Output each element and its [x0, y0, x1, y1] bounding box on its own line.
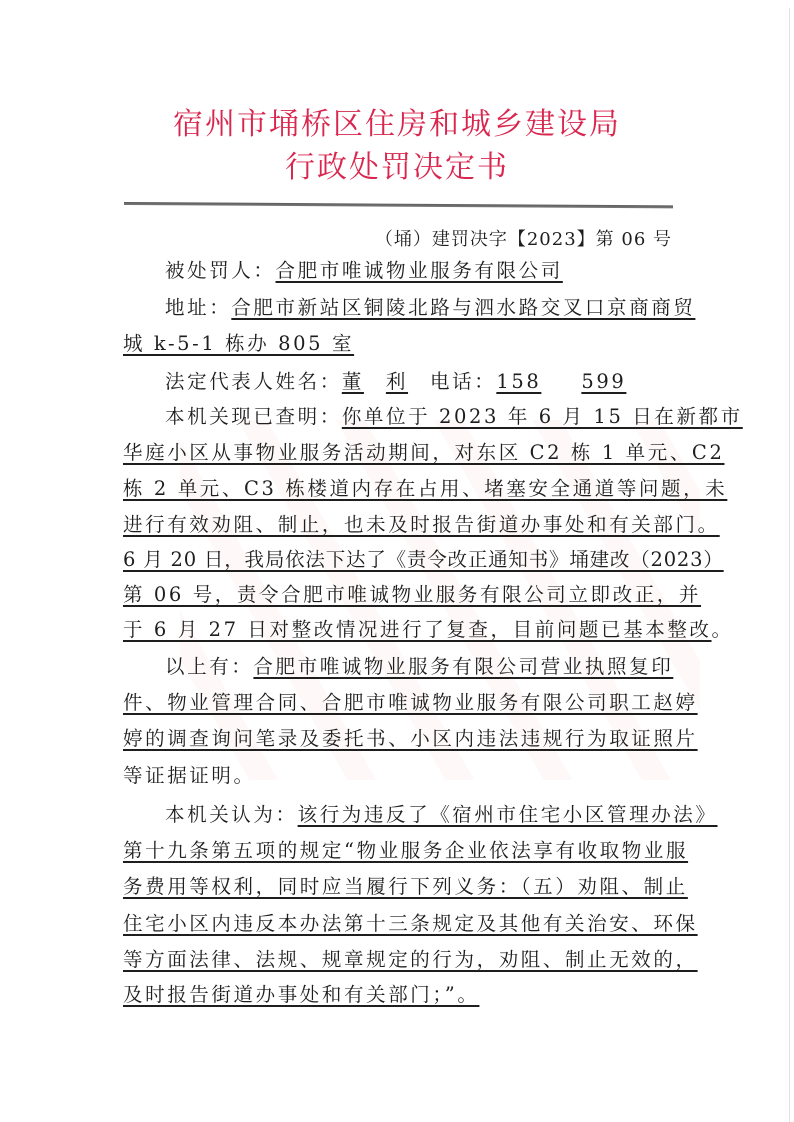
conclusion-label: 本机关认为：	[165, 803, 298, 826]
evidence-closing-text: 等证据证明。	[123, 764, 256, 787]
findings-text: 第 06 号，责令合肥市唯诚物业服务有限公司立即改正，并	[123, 583, 701, 606]
conclusion-line-3: 务费用等权利，同时应当履行下列义务：（五）劝阻、制止	[123, 872, 673, 902]
address-line-1: 地址：合肥市新站区铜陵北路与泗水路交叉口京商商贸	[165, 293, 673, 323]
findings-label: 本机关现已查明：	[165, 405, 342, 428]
findings-line-3: 栋 2 单元、C3 栋楼道内存在占用、堵塞安全通道等问题，未	[123, 474, 673, 504]
evidence-line-1: 以上有：合肥市唯诚物业服务有限公司营业执照复印	[165, 652, 673, 682]
findings-end-punct: 。	[712, 618, 734, 641]
conclusion-text: 住宅小区内违反本办法第十三条规定及其他有关治安、环保	[123, 912, 698, 935]
conclusion-text: 务费用等权利，同时应当履行下列义务：（五）劝阻、制止	[123, 875, 688, 898]
party-line: 被处罚人：合肥市唯诚物业服务有限公司	[165, 256, 673, 286]
address-value-1: 合肥市新站区铜陵北路与泗水路交叉口京商商贸	[231, 296, 695, 319]
findings-line-6: 第 06 号，责令合肥市唯诚物业服务有限公司立即改正，并	[123, 580, 673, 610]
conclusion-text: 第十九条第五项的规定“物业服务企业依法享有收取物业服	[123, 839, 688, 862]
evidence-text: 合肥市唯诚物业服务有限公司营业执照复印	[253, 655, 673, 678]
findings-text: 栋 2 单元、C3 栋楼道内存在占用、堵塞安全通道等问题，未	[123, 477, 727, 500]
findings-text: 你单位于 2023 年 6 月 15 日在新都市	[342, 405, 743, 428]
conclusion-text: 等方面法律、法规、规章规定的行为，劝阻、制止无效的，	[123, 948, 698, 971]
party-name: 合肥市唯诚物业服务有限公司	[276, 259, 563, 282]
findings-line-4: 进行有效劝阻、制止，也未及时报告街道办事处和有关部门。	[123, 510, 673, 540]
conclusion-line-5: 等方面法律、法规、规章规定的行为，劝阻、制止无效的，	[123, 945, 673, 975]
findings-text: 6 月 20 日，我局依法下达了《责令改正通知书》埇建改（2023）	[123, 548, 724, 571]
phone-label: 电话：	[430, 370, 496, 393]
legal-rep-name-2: 利	[386, 370, 408, 393]
findings-line-1: 本机关现已查明：你单位于 2023 年 6 月 15 日在新都市	[165, 402, 673, 432]
evidence-text: 件、物业管理合同、合肥市唯诚物业服务有限公司职工赵婷	[123, 691, 698, 714]
evidence-text: 婷的调查询问笔录及委托书、小区内违法违规行为取证照片	[123, 727, 698, 750]
evidence-line-2: 件、物业管理合同、合肥市唯诚物业服务有限公司职工赵婷	[123, 688, 673, 718]
findings-line-7: 于 6 月 27 日对整改情况进行了复查，目前问题已基本整改。	[123, 615, 673, 645]
evidence-label: 以上有：	[165, 655, 253, 678]
issuing-authority-title: 宿州市埇桥区住房和城乡建设局	[0, 105, 794, 145]
document-type-title: 行政处罚决定书	[0, 148, 794, 188]
findings-text: 于 6 月 27 日对整改情况进行了复查，目前问题已基本整改	[123, 618, 712, 641]
phone-part-1: 158	[496, 370, 541, 393]
conclusion-line-1: 本机关认为：该行为违反了《宿州市住宅小区管理办法》	[165, 800, 673, 830]
conclusion-line-6: 及时报告街道办事处和有关部门；”。	[123, 980, 673, 1010]
findings-line-2: 华庭小区从事物业服务活动期间，对东区 C2 栋 1 单元、C2	[123, 438, 673, 468]
conclusion-text: 及时报告街道办事处和有关部门；”。	[123, 983, 479, 1006]
legal-rep-line: 法定代表人姓名：董利电话：158599	[165, 367, 673, 397]
findings-line-5: 6 月 20 日，我局依法下达了《责令改正通知书》埇建改（2023）	[123, 545, 673, 575]
legal-rep-label: 法定代表人姓名：	[165, 370, 342, 393]
findings-text: 华庭小区从事物业服务活动期间，对东区 C2 栋 1 单元、C2	[123, 441, 724, 464]
evidence-closing: 等证据证明。	[123, 761, 673, 791]
party-label: 被处罚人：	[165, 259, 276, 282]
phone-part-2: 599	[581, 370, 626, 393]
conclusion-line-2: 第十九条第五项的规定“物业服务企业依法享有收取物业服	[123, 836, 673, 866]
address-line-2: 城 k-5-1 栋办 805 室	[123, 329, 673, 359]
evidence-line-3: 婷的调查询问笔录及委托书、小区内违法违规行为取证照片	[123, 724, 673, 754]
conclusion-text: 该行为违反了《宿州市住宅小区管理办法》	[298, 803, 718, 826]
findings-text: 进行有效劝阻、制止，也未及时报告街道办事处和有关部门。	[123, 513, 720, 536]
conclusion-line-4: 住宅小区内违反本办法第十三条规定及其他有关治安、环保	[123, 909, 673, 939]
address-value-2: 城 k-5-1 栋办 805 室	[123, 332, 354, 355]
address-label: 地址：	[165, 296, 231, 319]
legal-rep-name-1: 董	[342, 370, 364, 393]
reference-number: （埇）建罚决字【2023】第 06 号	[375, 226, 672, 254]
header-divider	[124, 202, 673, 208]
